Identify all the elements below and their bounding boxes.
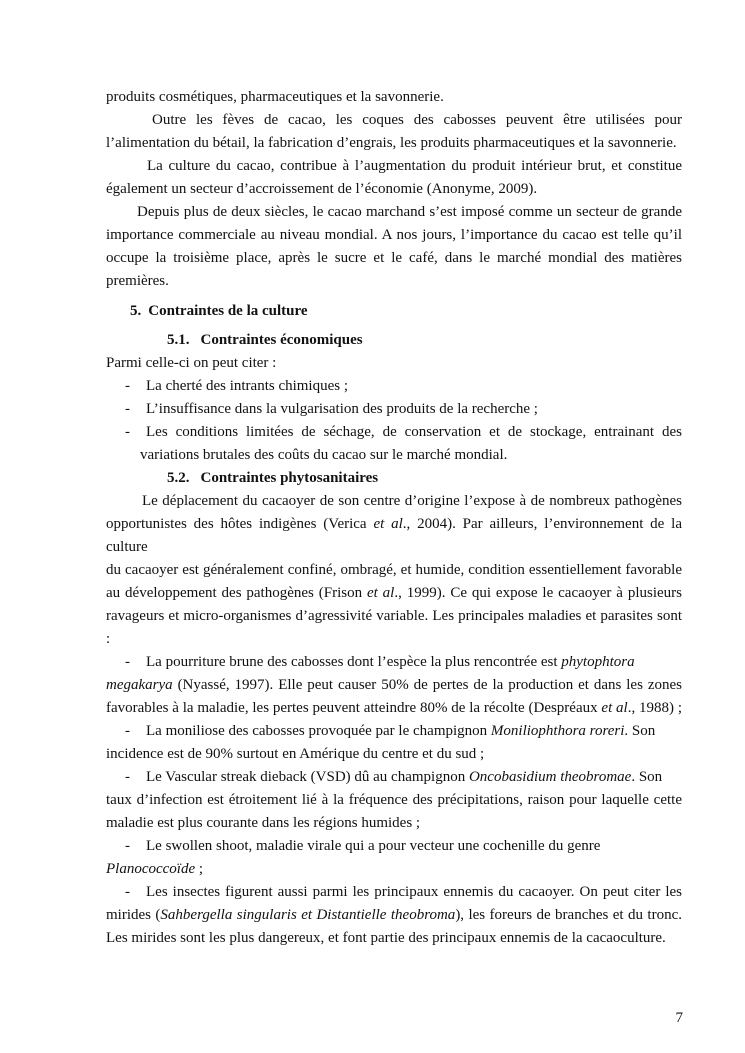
- text-segment: ., 1999). Ce qui expose le cacaoyer à pl…: [394, 585, 682, 601]
- bullet-line: -Le swollen shoot, maladie virale qui a …: [106, 835, 682, 858]
- tab-space: [190, 481, 201, 482]
- text-line: La culture du cacao, contribue à l’augme…: [147, 155, 682, 178]
- text-segment: (Nyassé, 1997). Elle peut causer 50% de …: [173, 677, 682, 693]
- bullet-line: -L’insuffisance dans la vulgarisation de…: [106, 398, 682, 421]
- bullet-line: -Le Vascular streak dieback (VSD) dû au …: [106, 766, 682, 789]
- text-segment: au développement des pathogènes (Frison: [106, 585, 367, 601]
- text-segment: Les conditions limitées de séchage, de c…: [146, 424, 682, 440]
- text-line: également un secteur d’accroissement de …: [106, 178, 682, 201]
- page-number: 7: [676, 1007, 684, 1030]
- text-segment: maladie est plus courante dans les régio…: [106, 815, 420, 831]
- italic-text: Sahbergella singularis et Distantielle t…: [160, 907, 455, 923]
- text-segment: Le déplacement du cacaoyer de son centre…: [142, 493, 682, 509]
- text-segment: Outre les fèves de cacao, les coques des…: [152, 112, 682, 128]
- text-line: maladie est plus courante dans les régio…: [106, 812, 682, 835]
- bullet-dash: -: [125, 375, 130, 398]
- text-line: occupe la troisième place, après le sucr…: [106, 247, 682, 270]
- text-segment: 5.: [130, 303, 141, 319]
- bullet-dash: -: [125, 398, 130, 421]
- text-segment: Les mirides sont les plus dangereux, et …: [106, 930, 666, 946]
- bullet-line: -La cherté des intrants chimiques ;: [106, 375, 682, 398]
- italic-text: Oncobasidium theobromae: [469, 769, 631, 785]
- text-segment: ;: [195, 861, 203, 877]
- bullet-line: -La pourriture brune des cabosses dont l…: [106, 651, 682, 674]
- italic-text: phytophtora: [561, 654, 634, 670]
- italic-text: et al: [367, 585, 394, 601]
- text-line: Outre les fèves de cacao, les coques des…: [152, 109, 682, 132]
- text-line: l’alimentation du bétail, la fabrication…: [106, 132, 682, 155]
- text-segment: incidence est de 90% surtout en Amérique…: [106, 746, 484, 762]
- bullet-line: -Les insectes figurent aussi parmi les p…: [106, 881, 682, 904]
- bullet-dash: -: [125, 421, 130, 444]
- text-segment: variations brutales des coûts du cacao s…: [140, 447, 507, 463]
- text-segment: produits cosmétiques, pharmaceutiques et…: [106, 89, 444, 105]
- text-segment: du cacaoyer est généralement confiné, om…: [106, 562, 682, 578]
- italic-text: Planococcoïde: [106, 861, 195, 877]
- text-line: variations brutales des coûts du cacao s…: [140, 444, 682, 467]
- bullet-line: -Les conditions limitées de séchage, de …: [106, 421, 682, 444]
- text-line: Planococcoïde ;: [106, 858, 682, 881]
- text-line: ravageurs et micro-organismes d’agressiv…: [106, 605, 682, 651]
- text-segment: Les insectes figurent aussi parmi les pr…: [146, 884, 682, 900]
- text-segment: Contraintes phytosanitaires: [201, 470, 379, 486]
- text-block: produits cosmétiques, pharmaceutiques et…: [106, 86, 682, 950]
- text-segment: 5.2.: [167, 470, 190, 486]
- text-line: taux d’infection est étroitement lié à l…: [106, 789, 682, 812]
- text-segment: 5.1.: [167, 332, 190, 348]
- text-line: mirides (Sahbergella singularis et Dista…: [106, 904, 682, 927]
- text-line: Les mirides sont les plus dangereux, et …: [106, 927, 682, 950]
- text-segment: ., 1988) ;: [628, 700, 682, 716]
- text-segment: Depuis plus de deux siècles, le cacao ma…: [137, 204, 682, 220]
- text-segment: occupe la troisième place, après le sucr…: [106, 250, 682, 266]
- text-segment: . Son: [624, 723, 655, 739]
- italic-text: Moniliophthora roreri: [491, 723, 624, 739]
- text-segment: L’insuffisance dans la vulgarisation des…: [146, 401, 538, 417]
- text-line: produits cosmétiques, pharmaceutiques et…: [106, 86, 682, 109]
- subsection-heading: 5.1.Contraintes économiques: [167, 329, 682, 352]
- italic-text: et al: [373, 516, 402, 532]
- text-line: megakarya (Nyassé, 1997). Elle peut caus…: [106, 674, 682, 697]
- bullet-dash: -: [125, 720, 130, 743]
- document-page: produits cosmétiques, pharmaceutiques et…: [0, 0, 745, 1053]
- text-segment: Le swollen shoot, maladie virale qui a p…: [146, 838, 600, 854]
- text-line: du cacaoyer est généralement confiné, om…: [106, 559, 682, 582]
- text-line: premières.: [106, 270, 682, 293]
- text-segment: importance commerciale au niveau mondial…: [106, 227, 682, 243]
- text-line: incidence est de 90% surtout en Amérique…: [106, 743, 682, 766]
- text-segment: Contraintes de la culture: [148, 303, 307, 319]
- text-segment: La culture du cacao, contribue à l’augme…: [147, 158, 682, 174]
- text-segment: premières.: [106, 273, 169, 289]
- italic-text: et al: [601, 700, 627, 716]
- text-segment: La pourriture brune des cabosses dont l’…: [146, 654, 561, 670]
- text-line: Le déplacement du cacaoyer de son centre…: [142, 490, 682, 513]
- text-segment: . Son: [631, 769, 662, 785]
- text-segment: Le Vascular streak dieback (VSD) dû au c…: [146, 769, 469, 785]
- text-line: au développement des pathogènes (Frison …: [106, 582, 682, 605]
- text-segment: Contraintes économiques: [201, 332, 363, 348]
- text-segment: taux d’infection est étroitement lié à l…: [106, 792, 682, 808]
- text-line: opportunistes des hôtes indigènes (Veric…: [106, 513, 682, 559]
- text-segment: opportunistes des hôtes indigènes (Veric…: [106, 516, 373, 532]
- text-line: Depuis plus de deux siècles, le cacao ma…: [137, 201, 682, 224]
- text-segment: La moniliose des cabosses provoquée par …: [146, 723, 491, 739]
- bullet-line: -La moniliose des cabosses provoquée par…: [106, 720, 682, 743]
- bullet-dash: -: [125, 881, 130, 904]
- subsection-heading: 5.2.Contraintes phytosanitaires: [167, 467, 682, 490]
- bullet-dash: -: [125, 651, 130, 674]
- text-line: importance commerciale au niveau mondial…: [106, 224, 682, 247]
- text-line: Parmi celle-ci on peut citer :: [106, 352, 682, 375]
- text-segment: Parmi celle-ci on peut citer :: [106, 355, 276, 371]
- bullet-dash: -: [125, 766, 130, 789]
- section-heading: 5.Contraintes de la culture: [130, 300, 682, 323]
- text-line: favorables à la maladie, les pertes peuv…: [106, 697, 682, 720]
- italic-text: megakarya: [106, 677, 173, 693]
- text-segment: l’alimentation du bétail, la fabrication…: [106, 135, 677, 151]
- text-segment: mirides (: [106, 907, 160, 923]
- text-segment: également un secteur d’accroissement de …: [106, 181, 537, 197]
- text-segment: ravageurs et micro-organismes d’agressiv…: [106, 608, 682, 647]
- text-segment: favorables à la maladie, les pertes peuv…: [106, 700, 601, 716]
- bullet-dash: -: [125, 835, 130, 858]
- text-segment: La cherté des intrants chimiques ;: [146, 378, 348, 394]
- tab-space: [190, 343, 201, 344]
- text-segment: ), les foreurs de branches et du tronc.: [455, 907, 682, 923]
